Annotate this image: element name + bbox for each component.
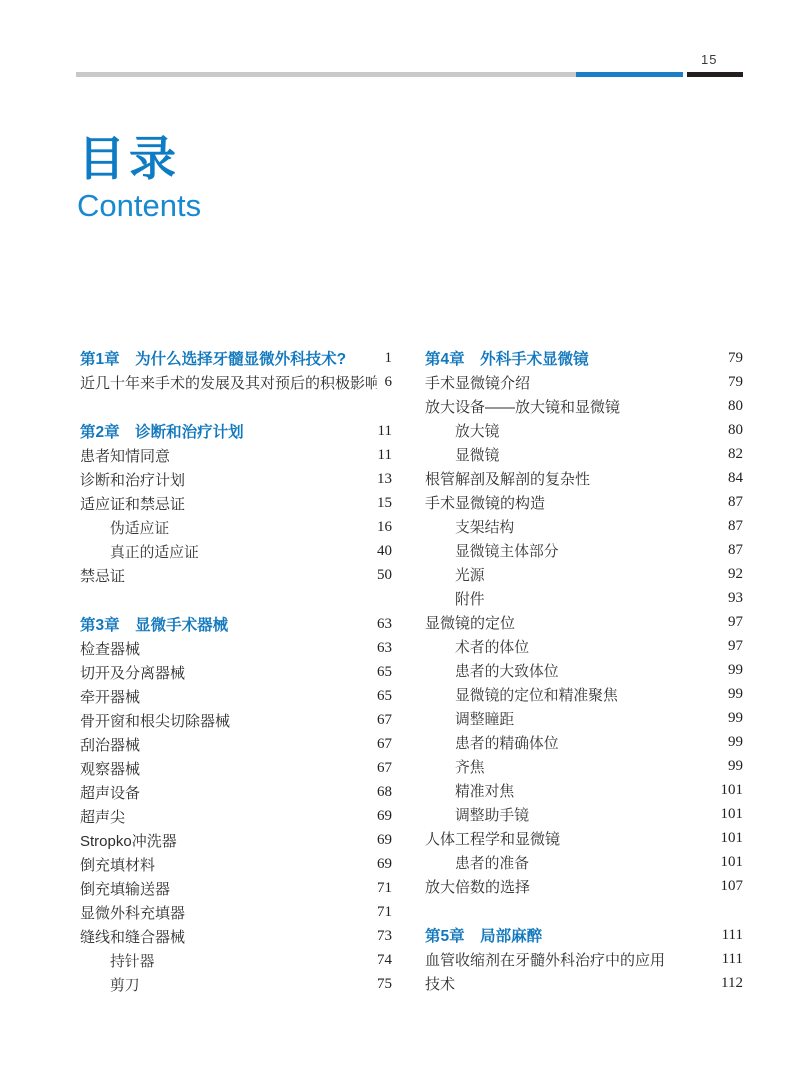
toc-entry-page-number: 65 [369, 688, 392, 705]
toc-entry-page-number: 69 [369, 832, 392, 849]
toc-entry-page-number: 87 [720, 518, 743, 535]
toc-entry-title: 附件 [455, 588, 720, 609]
toc-entry-row: 精准对焦101 [425, 778, 743, 802]
toc-entry-row: 放大设备——放大镜和显微镜80 [425, 394, 743, 418]
toc-entry-row: 调整助手镜101 [425, 802, 743, 826]
toc-entry-title: 人体工程学和显微镜 [425, 828, 713, 849]
toc-entry-title: 缝线和缝合器械 [80, 926, 369, 947]
toc-entry-title: 显微外科充填器 [80, 902, 369, 923]
toc-entry-row: 缝线和缝合器械73 [80, 924, 392, 948]
toc-entry-row: 手术显微镜介绍79 [425, 370, 743, 394]
toc-entry-page-number: 6 [377, 374, 393, 391]
toc-entry-row: 诊断和治疗计划13 [80, 467, 392, 491]
toc-entry-page-number: 99 [720, 710, 743, 727]
toc-entry-row: 近几十年来手术的发展及其对预后的积极影响6 [80, 370, 392, 394]
toc-entry-title: 手术显微镜的构造 [425, 492, 720, 513]
toc-entry-title: 倒充填输送器 [80, 878, 369, 899]
toc-entry-page-number: 92 [720, 566, 743, 583]
toc-entry-title: 支架结构 [455, 516, 720, 537]
toc-entry-page-number: 84 [720, 470, 743, 487]
toc-entry-page-number: 99 [720, 662, 743, 679]
toc-entry-page-number: 99 [720, 758, 743, 775]
toc-entry-row: 患者的准备101 [425, 850, 743, 874]
toc-entry-title: 剪刀 [110, 974, 369, 995]
toc-chapter-row: 第1章 为什么选择牙髓显微外科技术?1 [80, 346, 392, 370]
toc-entry-row: 人体工程学和显微镜101 [425, 826, 743, 850]
toc-entry-row: 适应证和禁忌证15 [80, 491, 392, 515]
toc-entry-page-number: 68 [369, 784, 392, 801]
toc-entry-title: 近几十年来手术的发展及其对预后的积极影响 [80, 372, 377, 393]
toc-section: 第2章 诊断和治疗计划11患者知情同意11诊断和治疗计划13适应证和禁忌证15伪… [80, 419, 392, 587]
toc-entry-page-number: 16 [369, 519, 392, 536]
toc-entry-title: 切开及分离器械 [80, 662, 369, 683]
toc-entry-page-number: 111 [714, 927, 743, 944]
toc-entry-page-number: 80 [720, 422, 743, 439]
toc-entry-title: 患者知情同意 [80, 445, 370, 466]
header-rule-gray-segment [76, 72, 576, 77]
toc-chapter-row: 第4章 外科手术显微镜79 [425, 346, 743, 370]
toc-entry-title: 齐焦 [455, 756, 720, 777]
toc-entry-title: 技术 [425, 973, 713, 994]
toc-entry-row: 患者的精确体位99 [425, 730, 743, 754]
toc-entry-row: 显微镜的定位97 [425, 610, 743, 634]
toc-entry-page-number: 82 [720, 446, 743, 463]
toc-title-chinese: 目录 [78, 134, 180, 184]
toc-entry-title: 禁忌证 [80, 565, 369, 586]
toc-entry-row: 骨开窗和根尖切除器械67 [80, 708, 392, 732]
toc-entry-page-number: 99 [720, 734, 743, 751]
toc-entry-page-number: 71 [369, 880, 392, 897]
toc-entry-title: 伪适应证 [110, 517, 369, 538]
toc-entry-page-number: 101 [713, 782, 744, 799]
toc-entry-row: 调整瞳距99 [425, 706, 743, 730]
toc-entry-page-number: 111 [714, 951, 743, 968]
toc-entry-title: 牵开器械 [80, 686, 369, 707]
toc-entry-page-number: 99 [720, 686, 743, 703]
toc-entry-title: 精准对焦 [455, 780, 713, 801]
toc-entry-row: 根管解剖及解剖的复杂性84 [425, 466, 743, 490]
toc-section: 第1章 为什么选择牙髓显微外科技术?1近几十年来手术的发展及其对预后的积极影响6 [80, 346, 392, 394]
toc-entry-title: 第5章 局部麻醉 [425, 924, 714, 946]
toc-entry-page-number: 11 [370, 447, 392, 464]
toc-entry-page-number: 101 [713, 830, 744, 847]
toc-entry-page-number: 93 [720, 590, 743, 607]
toc-entry-title: 第3章 显微手术器械 [80, 613, 369, 635]
toc-entry-row: 技术112 [425, 971, 743, 995]
toc-entry-row: 倒充填输送器71 [80, 876, 392, 900]
toc-entry-page-number: 79 [720, 350, 743, 367]
toc-section: 第3章 显微手术器械63检查器械63切开及分离器械65牵开器械65骨开窗和根尖切… [80, 612, 392, 996]
toc-entry-title: 显微镜的定位 [425, 612, 720, 633]
toc-entry-page-number: 15 [369, 495, 392, 512]
toc-entry-row: 切开及分离器械65 [80, 660, 392, 684]
toc-entry-row: 放大倍数的选择107 [425, 874, 743, 898]
toc-entry-row: 齐焦99 [425, 754, 743, 778]
toc-entry-row: 支架结构87 [425, 514, 743, 538]
toc-entry-row: 剪刀75 [80, 972, 392, 996]
book-toc-page: 15 目录 Contents 第1章 为什么选择牙髓显微外科技术?1近几十年来手… [0, 0, 800, 1086]
toc-entry-title: Stropko冲洗器 [80, 830, 369, 851]
toc-entry-page-number: 73 [369, 928, 392, 945]
toc-entry-title: 刮治器械 [80, 734, 369, 755]
toc-entry-title: 诊断和治疗计划 [80, 469, 369, 490]
toc-section: 第4章 外科手术显微镜79手术显微镜介绍79放大设备——放大镜和显微镜80放大镜… [425, 346, 743, 898]
header-rule [76, 72, 743, 77]
toc-entry-row: 血管收缩剂在牙髓外科治疗中的应用111 [425, 947, 743, 971]
toc-entry-row: 显微镜82 [425, 442, 743, 466]
toc-entry-title: 患者的精确体位 [455, 732, 720, 753]
toc-entry-row: 显微镜的定位和精准聚焦99 [425, 682, 743, 706]
toc-column-left: 第1章 为什么选择牙髓显微外科技术?1近几十年来手术的发展及其对预后的积极影响6… [80, 346, 392, 996]
toc-entry-row: 真正的适应证40 [80, 539, 392, 563]
toc-entry-title: 术者的体位 [455, 636, 720, 657]
toc-section: 第5章 局部麻醉111血管收缩剂在牙髓外科治疗中的应用111技术112 [425, 923, 743, 995]
toc-entry-row: 持针器74 [80, 948, 392, 972]
toc-entry-row: 患者的大致体位99 [425, 658, 743, 682]
toc-entry-title: 适应证和禁忌证 [80, 493, 369, 514]
header-rule-blue-segment [576, 72, 683, 77]
toc-chapter-row: 第2章 诊断和治疗计划11 [80, 419, 392, 443]
toc-entry-title: 放大镜 [455, 420, 720, 441]
toc-entry-page-number: 13 [369, 471, 392, 488]
toc-entry-page-number: 75 [369, 976, 392, 993]
toc-entry-row: 手术显微镜的构造87 [425, 490, 743, 514]
toc-entry-page-number: 101 [713, 806, 744, 823]
toc-entry-title: 患者的准备 [455, 852, 713, 873]
toc-entry-page-number: 67 [369, 712, 392, 729]
toc-entry-page-number: 80 [720, 398, 743, 415]
toc-entry-title: 根管解剖及解剖的复杂性 [425, 468, 720, 489]
toc-entry-row: 禁忌证50 [80, 563, 392, 587]
toc-entry-page-number: 67 [369, 736, 392, 753]
toc-entry-title: 检查器械 [80, 638, 369, 659]
toc-body: 第1章 为什么选择牙髓显微外科技术?1近几十年来手术的发展及其对预后的积极影响6… [80, 346, 743, 996]
toc-entry-page-number: 87 [720, 494, 743, 511]
toc-entry-title: 观察器械 [80, 758, 369, 779]
toc-entry-row: 显微镜主体部分87 [425, 538, 743, 562]
toc-entry-row: 术者的体位97 [425, 634, 743, 658]
toc-entry-row: 显微外科充填器71 [80, 900, 392, 924]
toc-entry-row: 检查器械63 [80, 636, 392, 660]
toc-entry-page-number: 50 [369, 567, 392, 584]
toc-entry-title: 骨开窗和根尖切除器械 [80, 710, 369, 731]
toc-entry-row: 光源92 [425, 562, 743, 586]
toc-entry-title: 患者的大致体位 [455, 660, 720, 681]
toc-entry-title: 光源 [455, 564, 720, 585]
toc-entry-page-number: 97 [720, 614, 743, 631]
toc-entry-page-number: 63 [369, 640, 392, 657]
toc-chapter-row: 第3章 显微手术器械63 [80, 612, 392, 636]
toc-entry-page-number: 74 [369, 952, 392, 969]
toc-entry-title: 显微镜的定位和精准聚焦 [455, 684, 720, 705]
toc-entry-page-number: 107 [713, 878, 744, 895]
toc-entry-page-number: 69 [369, 808, 392, 825]
toc-entry-row: 倒充填材料69 [80, 852, 392, 876]
toc-entry-page-number: 69 [369, 856, 392, 873]
toc-entry-title: 放大设备——放大镜和显微镜 [425, 396, 720, 417]
toc-entry-title: 超声尖 [80, 806, 369, 827]
toc-entry-row: 超声尖69 [80, 804, 392, 828]
toc-entry-row: 刮治器械67 [80, 732, 392, 756]
toc-entry-title: 显微镜主体部分 [455, 540, 720, 561]
toc-column-right: 第4章 外科手术显微镜79手术显微镜介绍79放大设备——放大镜和显微镜80放大镜… [425, 346, 743, 996]
toc-title-english: Contents [77, 189, 201, 223]
toc-entry-row: 观察器械67 [80, 756, 392, 780]
toc-entry-page-number: 71 [369, 904, 392, 921]
toc-entry-page-number: 1 [377, 350, 393, 367]
toc-entry-page-number: 63 [369, 616, 392, 633]
toc-entry-title: 持针器 [110, 950, 369, 971]
toc-entry-page-number: 87 [720, 542, 743, 559]
toc-entry-row: 放大镜80 [425, 418, 743, 442]
page-number: 15 [701, 52, 717, 67]
toc-entry-title: 真正的适应证 [110, 541, 369, 562]
toc-entry-page-number: 112 [713, 975, 743, 992]
toc-entry-title: 第1章 为什么选择牙髓显微外科技术? [80, 347, 377, 369]
toc-entry-title: 血管收缩剂在牙髓外科治疗中的应用 [425, 949, 714, 970]
toc-entry-title: 调整助手镜 [455, 804, 713, 825]
toc-entry-title: 第4章 外科手术显微镜 [425, 347, 720, 369]
toc-entry-page-number: 65 [369, 664, 392, 681]
toc-entry-page-number: 11 [370, 423, 392, 440]
toc-entry-row: 附件93 [425, 586, 743, 610]
toc-entry-page-number: 67 [369, 760, 392, 777]
toc-entry-title: 手术显微镜介绍 [425, 372, 720, 393]
toc-entry-page-number: 101 [713, 854, 744, 871]
toc-chapter-row: 第5章 局部麻醉111 [425, 923, 743, 947]
toc-entry-title: 第2章 诊断和治疗计划 [80, 420, 370, 442]
toc-entry-title: 显微镜 [455, 444, 720, 465]
toc-entry-row: Stropko冲洗器69 [80, 828, 392, 852]
toc-entry-title: 倒充填材料 [80, 854, 369, 875]
toc-entry-row: 牵开器械65 [80, 684, 392, 708]
header-rule-black-segment [687, 72, 743, 77]
toc-entry-row: 患者知情同意11 [80, 443, 392, 467]
toc-entry-page-number: 40 [369, 543, 392, 560]
toc-entry-page-number: 79 [720, 374, 743, 391]
toc-entry-title: 调整瞳距 [455, 708, 720, 729]
toc-entry-row: 伪适应证16 [80, 515, 392, 539]
toc-entry-title: 放大倍数的选择 [425, 876, 713, 897]
toc-entry-row: 超声设备68 [80, 780, 392, 804]
toc-entry-page-number: 97 [720, 638, 743, 655]
toc-entry-title: 超声设备 [80, 782, 369, 803]
